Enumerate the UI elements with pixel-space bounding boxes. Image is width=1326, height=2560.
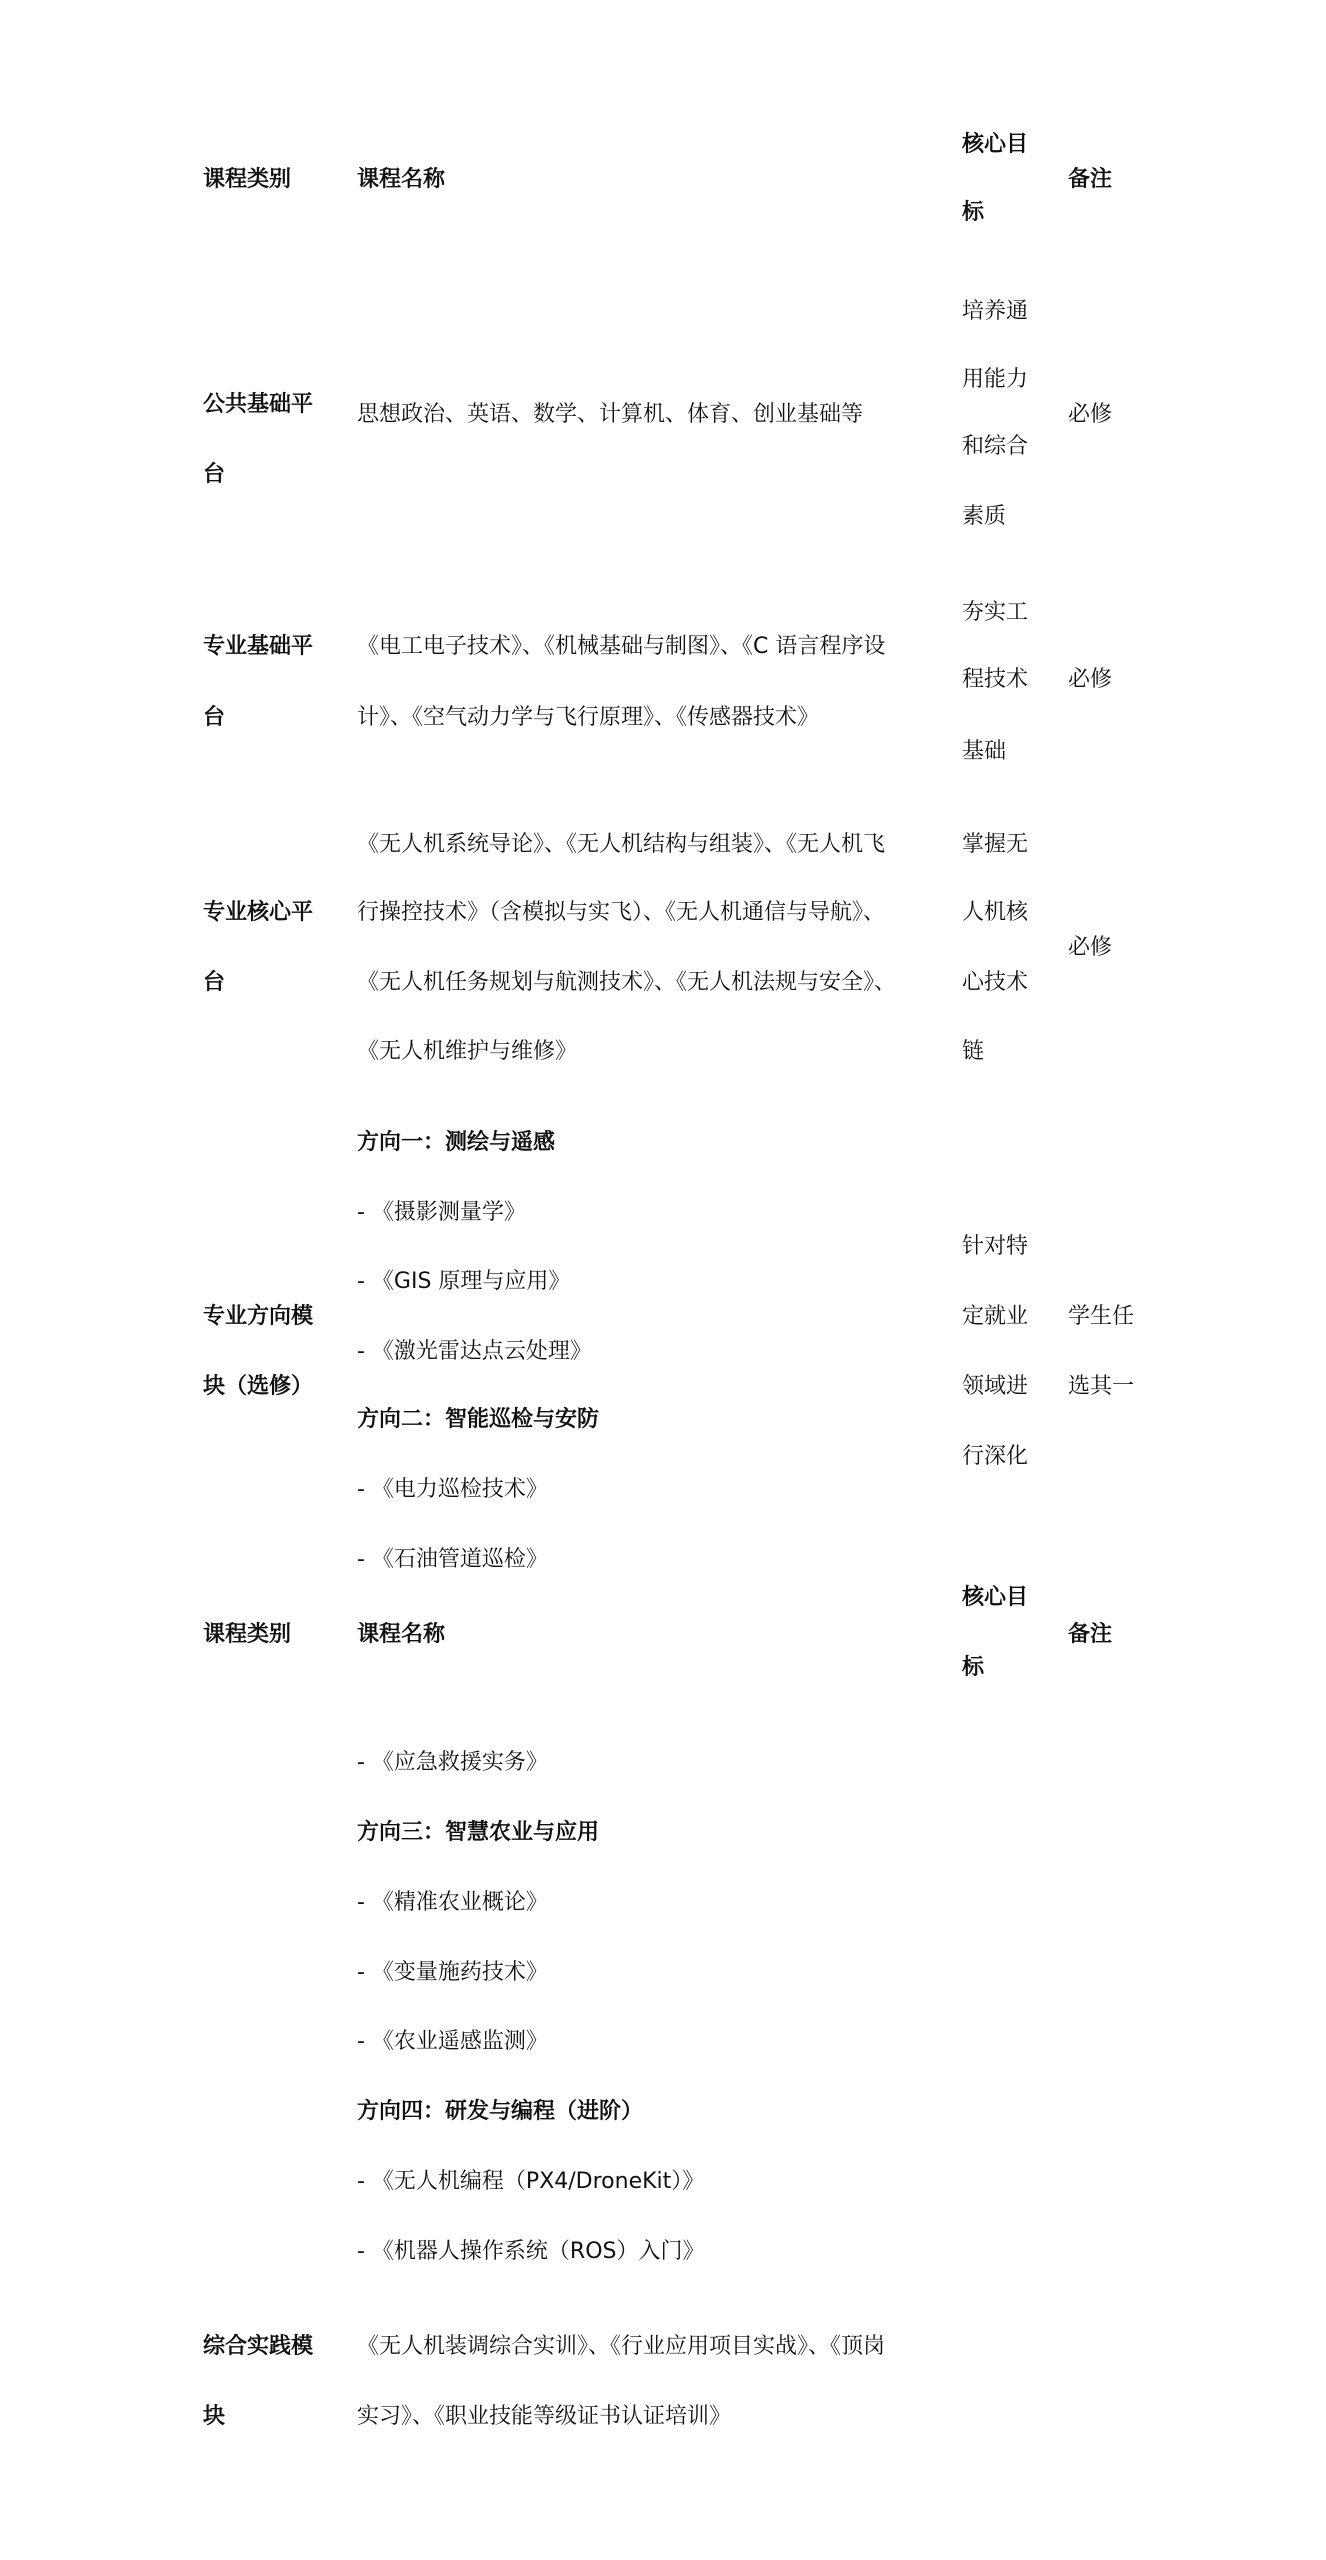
row-remarks: 选其一 xyxy=(1068,1373,1134,1401)
direction-heading: 方向三：智慧农业与应用 xyxy=(357,1819,599,1847)
row-remarks: 学生任 xyxy=(1068,1303,1134,1331)
direction-course: - 《激光雷达点云处理》 xyxy=(357,1338,592,1366)
row-category: 专业方向模 xyxy=(203,1303,313,1331)
row-category: 公共基础平 xyxy=(203,391,313,419)
row-goal: 针对特 xyxy=(962,1233,1028,1261)
row-courses: 实习》、《职业技能等级证书认证培训》 xyxy=(357,2403,731,2431)
header-core-goal: 标 xyxy=(962,1654,984,1682)
row-goal: 和综合 xyxy=(962,433,1028,461)
row-courses: 《无人机任务规划与航测技术》、《无人机法规与安全》、 xyxy=(357,969,896,997)
row-courses: 思想政治、英语、数学、计算机、体育、创业基础等 xyxy=(357,401,863,429)
header-category: 课程类别 xyxy=(203,1621,291,1649)
row-goal: 定就业 xyxy=(962,1303,1028,1331)
header-category: 课程类别 xyxy=(203,166,291,194)
row-courses: 计》、《空气动力学与飞行原理》、《传感器技术》 xyxy=(357,704,819,732)
direction-course: - 《无人机编程（PX4/DroneKit）》 xyxy=(357,2168,704,2196)
row-goal: 基础 xyxy=(962,738,1006,766)
row-goal: 心技术 xyxy=(962,969,1028,997)
row-category: 台 xyxy=(203,969,225,997)
direction-heading: 方向二：智能巡检与安防 xyxy=(357,1406,599,1434)
header-core-goal: 核心目 xyxy=(962,131,1028,159)
row-remarks: 必修 xyxy=(1068,934,1112,962)
row-courses: 《无人机装调综合实训》、《行业应用项目实战》、《顶岗 xyxy=(357,2333,885,2361)
header-core-goal: 标 xyxy=(962,199,984,227)
header-remarks: 备注 xyxy=(1068,166,1112,194)
row-goal: 素质 xyxy=(962,503,1006,531)
header-course-name: 课程名称 xyxy=(357,1621,445,1649)
row-remarks: 必修 xyxy=(1068,401,1112,429)
direction-course: - 《农业遥感监测》 xyxy=(357,2028,548,2056)
row-courses: 《无人机系统导论》、《无人机结构与组装》、《无人机飞 xyxy=(357,831,885,859)
direction-course: - 《机器人操作系统（ROS）入门》 xyxy=(357,2238,705,2266)
row-goal: 夯实工 xyxy=(962,599,1028,627)
row-goal: 用能力 xyxy=(962,366,1028,394)
row-courses: 《电工电子技术》、《机械基础与制图》、《C 语言程序设 xyxy=(357,633,885,661)
row-goal: 程技术 xyxy=(962,666,1028,694)
row-courses: 《无人机维护与维修》 xyxy=(357,1038,577,1066)
direction-heading: 方向四：研发与编程（进阶） xyxy=(357,2098,643,2126)
direction-course: - 《石油管道巡检》 xyxy=(357,1546,548,1574)
row-category: 块（选修） xyxy=(203,1373,313,1401)
row-category: 专业基础平 xyxy=(203,633,313,661)
row-goal: 领域进 xyxy=(962,1373,1028,1401)
direction-course: - 《电力巡检技术》 xyxy=(357,1476,548,1504)
header-course-name: 课程名称 xyxy=(357,166,445,194)
row-category: 块 xyxy=(203,2403,225,2431)
header-remarks: 备注 xyxy=(1068,1621,1112,1649)
row-goal: 行深化 xyxy=(962,1443,1028,1471)
row-goal: 链 xyxy=(962,1038,984,1066)
direction-course: - 《精准农业概论》 xyxy=(357,1889,548,1917)
direction-heading: 方向一：测绘与遥感 xyxy=(357,1129,555,1157)
row-remarks: 必修 xyxy=(1068,666,1112,694)
direction-course: - 《摄影测量学》 xyxy=(357,1199,526,1227)
row-category: 台 xyxy=(203,461,225,489)
row-category: 专业核心平 xyxy=(203,899,313,927)
document-page: 课程类别 课程名称 核心目 标 备注 公共基础平 台 思想政治、英语、数学、计算… xyxy=(0,0,1326,2560)
row-category: 综合实践模 xyxy=(203,2333,313,2361)
row-courses: 行操控技术》（含模拟与实飞）、《无人机通信与导航》、 xyxy=(357,899,885,927)
row-goal: 培养通 xyxy=(962,298,1028,326)
direction-course: - 《应急救援实务》 xyxy=(357,1749,548,1777)
direction-course: - 《GIS 原理与应用》 xyxy=(357,1268,570,1296)
header-core-goal: 核心目 xyxy=(962,1584,1028,1612)
direction-course: - 《变量施药技术》 xyxy=(357,1959,548,1987)
row-goal: 人机核 xyxy=(962,899,1028,927)
row-goal: 掌握无 xyxy=(962,831,1028,859)
row-category: 台 xyxy=(203,704,225,732)
